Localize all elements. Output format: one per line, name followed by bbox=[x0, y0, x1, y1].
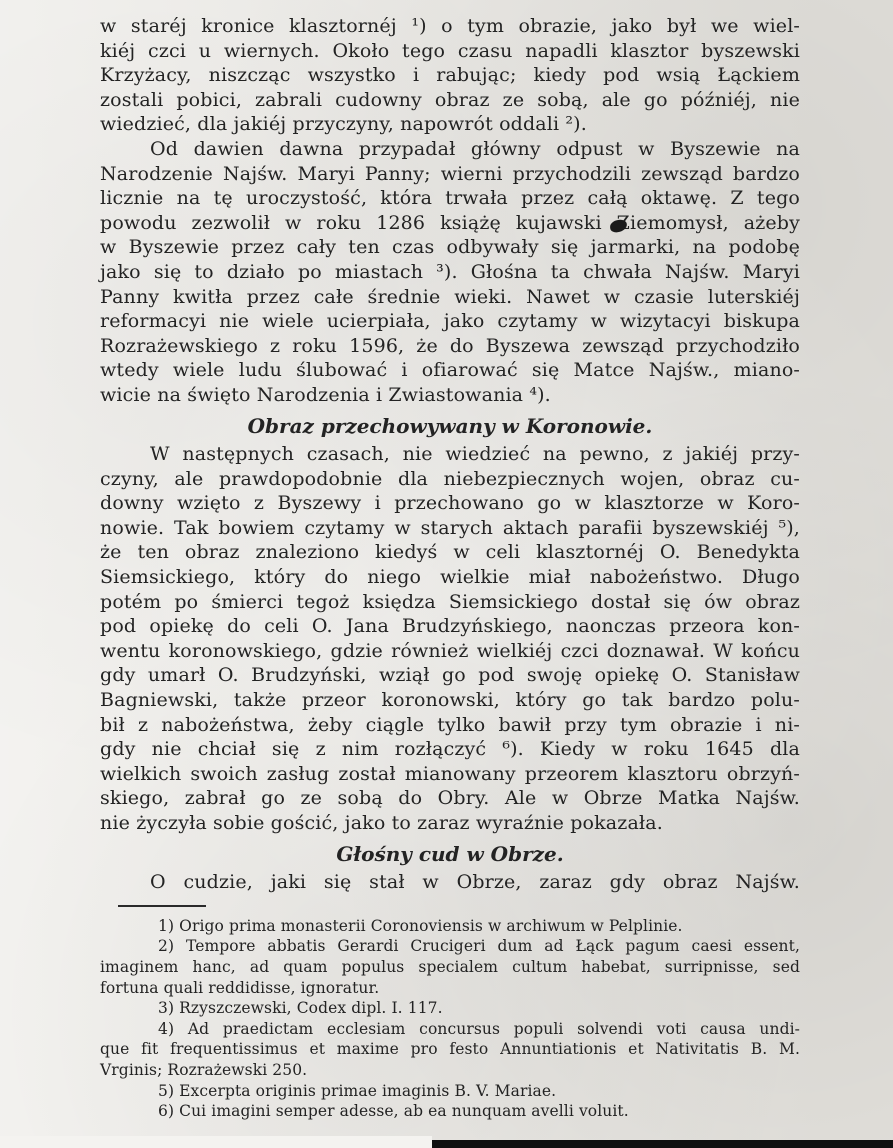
scan-edge-bar bbox=[432, 1140, 893, 1148]
text-line: zostali pobici, zabrali cudowny obraz ze… bbox=[100, 88, 800, 113]
text-line: w Byszewie przez cały ten czas odbywały … bbox=[100, 235, 800, 260]
footnote-5: 5) Excerpta originis primae imaginis B. … bbox=[100, 1081, 800, 1102]
footnote-line: 3) Rzyszczewski, Codex dipl. I. 117. bbox=[100, 998, 800, 1019]
section-heading-koronowo: Obraz przechowywany w Koronowie. bbox=[100, 414, 800, 439]
text-line: Siemsickiego, który do niego wielkie mia… bbox=[100, 565, 800, 590]
footnote-3: 3) Rzyszczewski, Codex dipl. I. 117. bbox=[100, 998, 800, 1019]
text-line: że ten obraz znaleziono kiedyś w celi kl… bbox=[100, 540, 800, 565]
footnote-line: 2) Tempore abbatis Gerardi Crucigeri dum… bbox=[100, 936, 800, 957]
footnote-1: 1) Origo prima monasterii Coronoviensis … bbox=[100, 916, 800, 937]
scan-bottom-margin bbox=[0, 1136, 432, 1148]
footnote-line: 6) Cui imagini semper adesse, ab ea nunq… bbox=[100, 1101, 800, 1122]
section-heading-obra: Głośny cud w Obrze. bbox=[100, 842, 800, 867]
text-line: Bagniewski, także przeor koronowski, któ… bbox=[100, 688, 800, 713]
scanned-book-page: w staréj kronice klasztornéj ¹) o tym ob… bbox=[0, 0, 893, 1148]
footnotes-block: 1) Origo prima monasterii Coronoviensis … bbox=[100, 916, 800, 1122]
text-line: bił z nabożeństwa, żeby ciągle tylko baw… bbox=[100, 713, 800, 738]
text-line: reformacyi nie wiele ucierpiała, jako cz… bbox=[100, 309, 800, 334]
text-line: wentu koronowskiego, gdzie również wielk… bbox=[100, 639, 800, 664]
text-line: potém po śmierci tegoż księdza Siemsicki… bbox=[100, 590, 800, 615]
page-text-block: w staréj kronice klasztornéj ¹) o tym ob… bbox=[100, 14, 800, 1122]
footnote-line: que fit frequentissimus et maxime pro fe… bbox=[100, 1039, 800, 1060]
text-line: Rozrażewskiego z roku 1596, że do Byszew… bbox=[100, 334, 800, 359]
body-paragraph-3: W następnych czasach, nie wiedzieć na pe… bbox=[100, 442, 800, 836]
footnote-line: 4) Ad praedictam ecclesiam concursus pop… bbox=[100, 1019, 800, 1040]
text-line: nie życzyła sobie gościć, jako to zaraz … bbox=[100, 811, 800, 836]
footnote-line: fortuna quali reddidisse, ignoratur. bbox=[100, 978, 800, 999]
footnote-line: 1) Origo prima monasterii Coronoviensis … bbox=[100, 916, 800, 937]
text-line: Narodzenie Najśw. Maryi Panny; wierni pr… bbox=[100, 162, 800, 187]
footnote-6: 6) Cui imagini semper adesse, ab ea nunq… bbox=[100, 1101, 800, 1122]
footnote-separator-rule bbox=[118, 905, 206, 907]
text-line: gdy nie chciał się z nim rozłączyć ⁶). K… bbox=[100, 737, 800, 762]
text-line: licznie na tę uroczystość, która trwała … bbox=[100, 186, 800, 211]
text-line: downy wzięto z Byszewy i przechowano go … bbox=[100, 491, 800, 516]
footnote-line: imaginem hanc, ad quam populus specialem… bbox=[100, 957, 800, 978]
text-line: w staréj kronice klasztornéj ¹) o tym ob… bbox=[100, 14, 800, 39]
text-line: kiéj czci u wiernych. Około tego czasu n… bbox=[100, 39, 800, 64]
text-line: gdy umarł O. Brudzyński, wziął go pod sw… bbox=[100, 663, 800, 688]
text-line: nowie. Tak bowiem czytamy w starych akta… bbox=[100, 516, 800, 541]
text-line: wicie na święto Narodzenia i Zwiastowani… bbox=[100, 383, 800, 408]
body-paragraph-2: Od dawien dawna przypadał główny odpust … bbox=[100, 137, 800, 408]
footnote-line: 5) Excerpta originis primae imaginis B. … bbox=[100, 1081, 800, 1102]
text-line: skiego, zabrał go ze sobą do Obry. Ale w… bbox=[100, 786, 800, 811]
text-line: Panny kwitła przez całe średnie wieki. N… bbox=[100, 285, 800, 310]
text-line: pod opiekę do celi O. Jana Brudzyńskiego… bbox=[100, 614, 800, 639]
text-line: jako się to działo po miastach ³). Głośn… bbox=[100, 260, 800, 285]
text-line: wtedy wiele ludu ślubować i ofiarować si… bbox=[100, 358, 800, 383]
footnote-2: 2) Tempore abbatis Gerardi Crucigeri dum… bbox=[100, 936, 800, 998]
text-line: Od dawien dawna przypadał główny odpust … bbox=[100, 137, 800, 162]
text-line: wiedzieć, dla jakiéj przyczyny, napowrót… bbox=[100, 112, 800, 137]
text-line: O cudzie, jaki się stał w Obrze, zaraz g… bbox=[100, 870, 800, 895]
footnote-line: Vrginis; Rozrażewski 250. bbox=[100, 1060, 800, 1081]
body-paragraph-4: O cudzie, jaki się stał w Obrze, zaraz g… bbox=[100, 870, 800, 895]
text-line: W następnych czasach, nie wiedzieć na pe… bbox=[100, 442, 800, 467]
text-line: powodu zezwolił w roku 1286 książę kujaw… bbox=[100, 211, 800, 236]
text-line: wielkich swoich zasług został mianowany … bbox=[100, 762, 800, 787]
text-line: Krzyżacy, niszcząc wszystko i rabując; k… bbox=[100, 63, 800, 88]
footnote-4: 4) Ad praedictam ecclesiam concursus pop… bbox=[100, 1019, 800, 1081]
body-paragraph-1: w staréj kronice klasztornéj ¹) o tym ob… bbox=[100, 14, 800, 137]
text-line: czyny, ale prawdopodobnie dla niebezpiec… bbox=[100, 467, 800, 492]
